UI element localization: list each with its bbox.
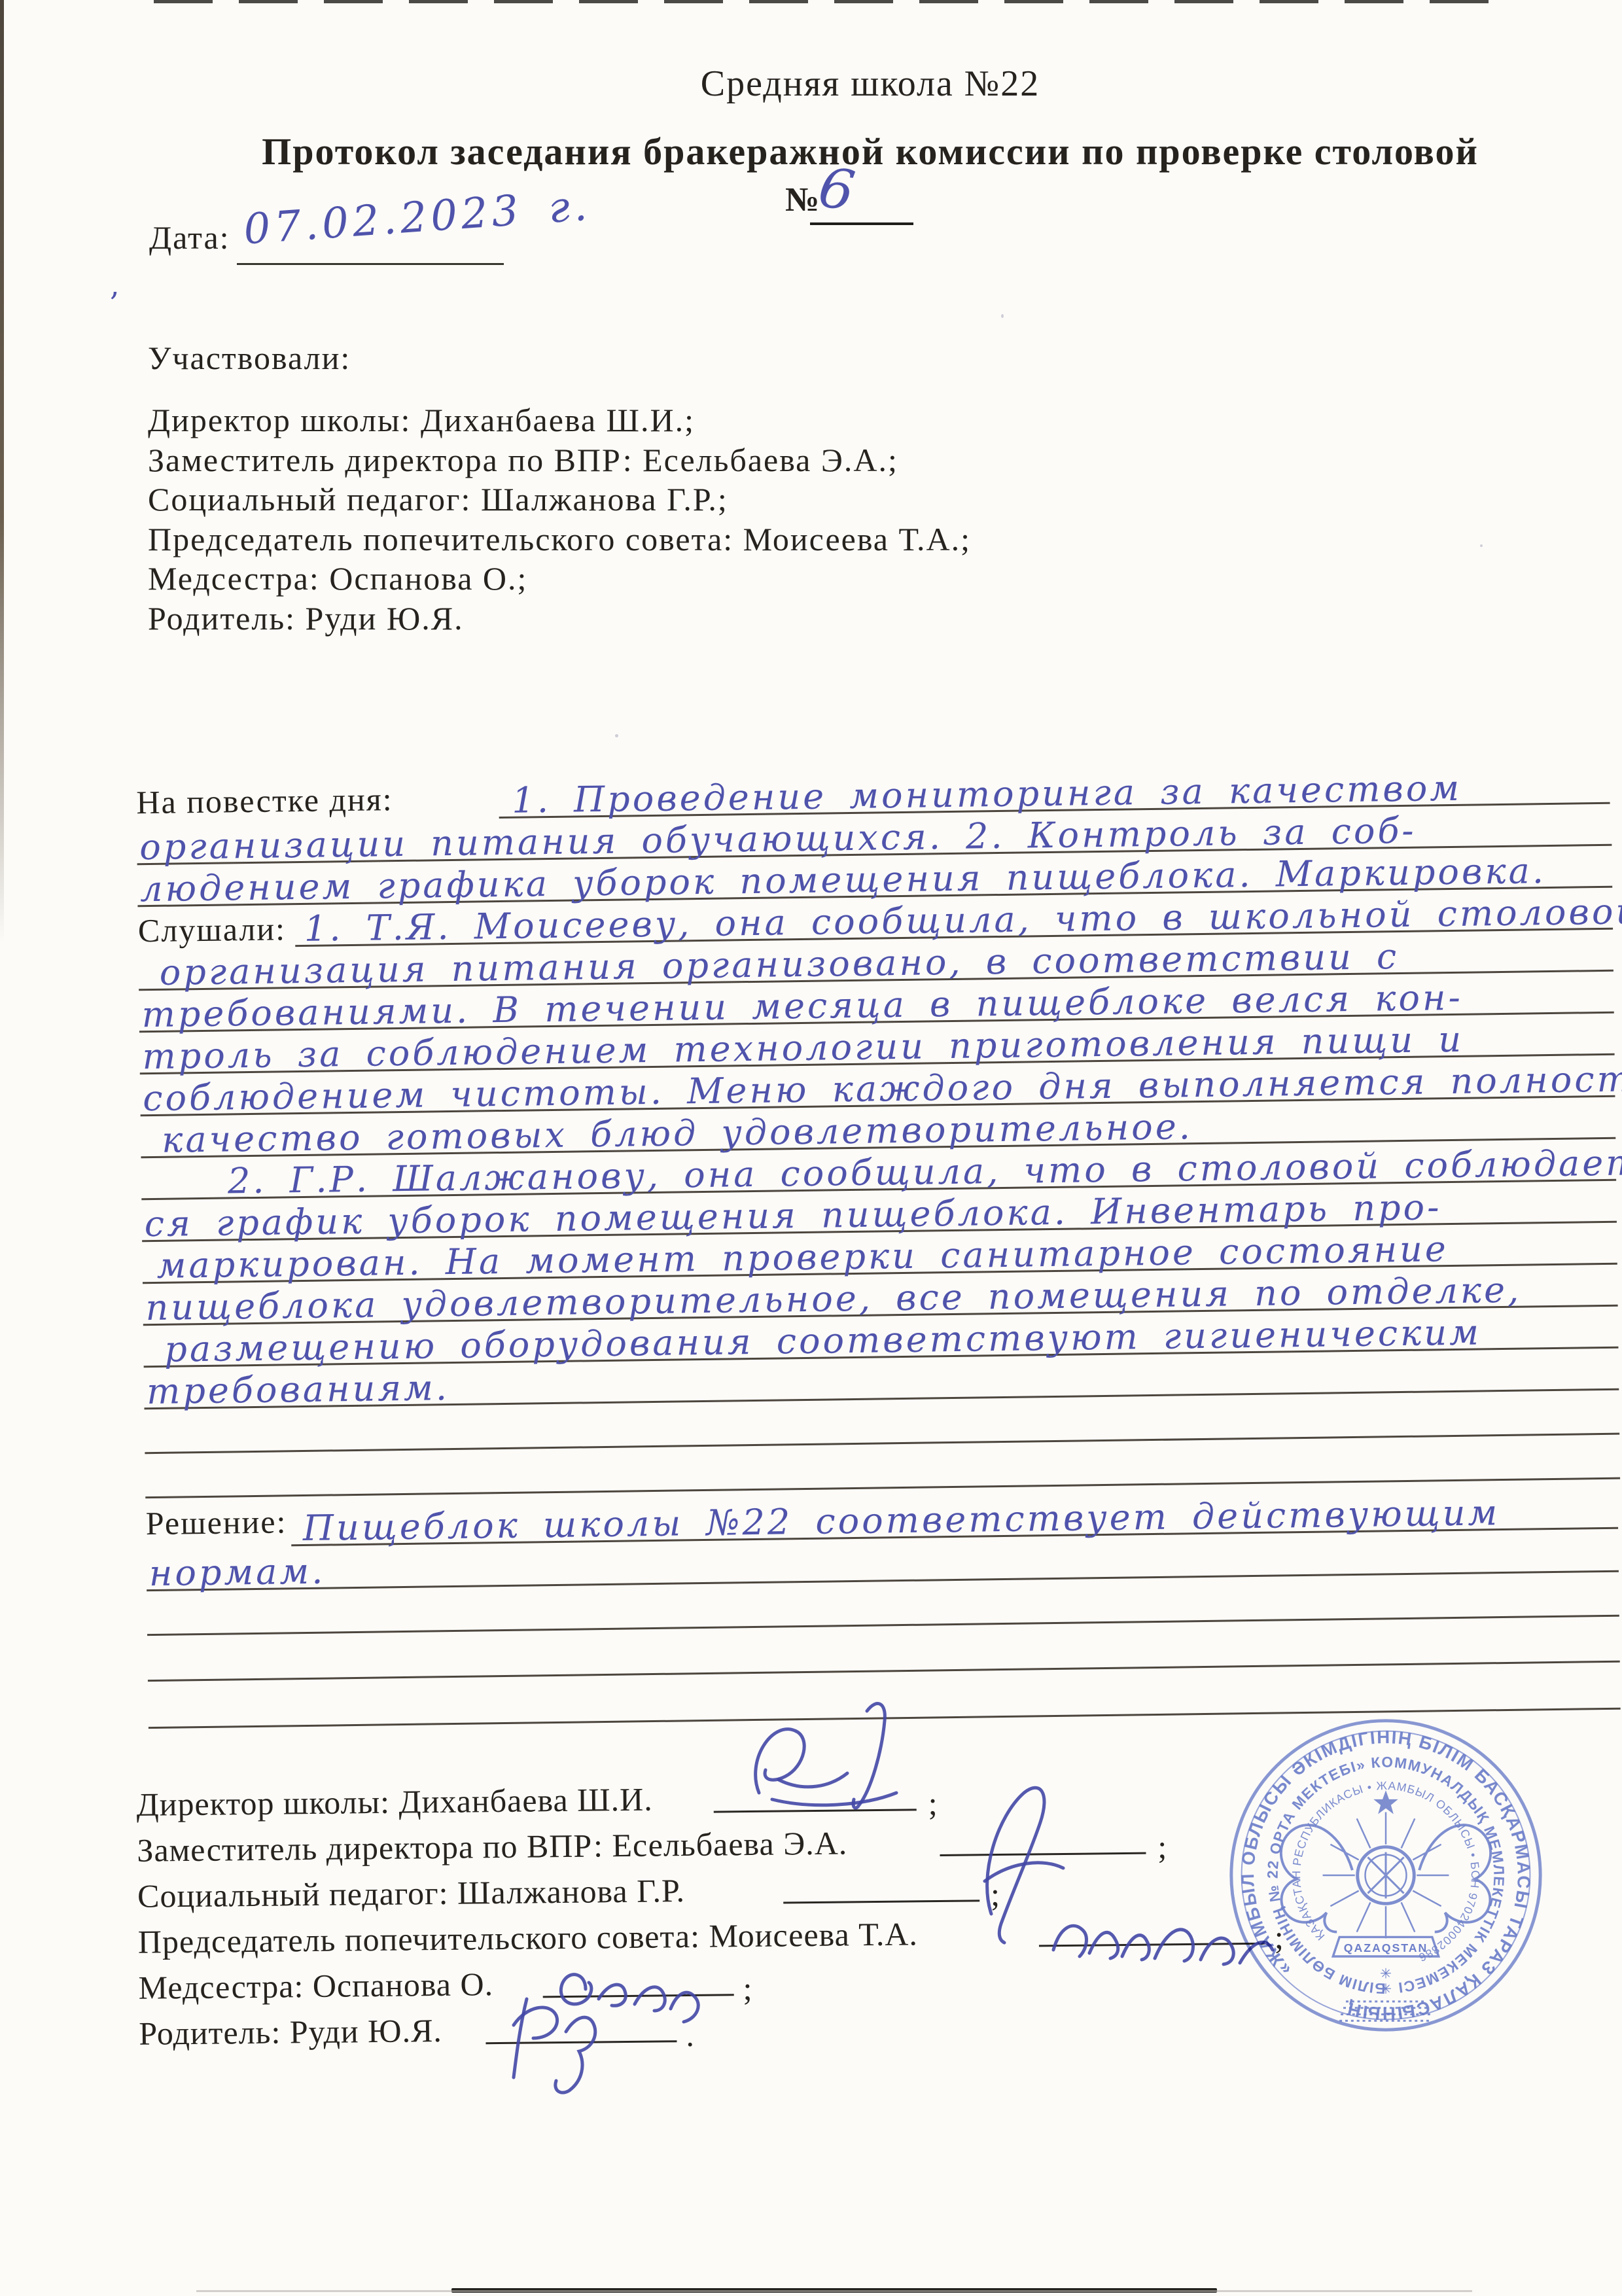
ruled-line-blank	[147, 1615, 1619, 1636]
stamp-banner-text: QAZAQSTAN	[1344, 1941, 1428, 1954]
participant-row: Председатель попечительского совета: Мои…	[148, 520, 971, 559]
ruled-line-blank	[145, 1433, 1619, 1455]
signature-punct: ;	[1157, 1828, 1167, 1865]
scan-artifact-bottom-shadow	[196, 2290, 1472, 2292]
ruled-line-blank	[148, 1661, 1620, 1682]
scan-speck	[1001, 314, 1004, 318]
heard-label: Слушали:	[138, 910, 287, 949]
school-name: Средняя школа №22	[118, 63, 1622, 105]
handwritten-heard-line: требованиям.	[147, 1367, 450, 1412]
participant-row: Заместитель директора по ВПР: Есельбаева…	[148, 440, 971, 480]
agenda-label: На повестке дня:	[136, 780, 393, 821]
scan-artifact-top-edge	[154, 0, 1489, 3]
participant-row: Директор школы: Диханбаева Ш.И.;	[148, 400, 971, 440]
official-round-stamp: «ЖАМБЫЛ ОБЛЫСЫ ӘКІМДІГІНІҢ БІЛІМ БАСҚАРМ…	[1225, 1714, 1547, 2036]
participant-row: Медсестра: Оспанова О.;	[148, 559, 971, 599]
director-signature	[733, 1695, 929, 1832]
signature-row-label: Родитель: Руди Ю.Я.	[139, 2011, 442, 2053]
handwritten-decision-line: Пищеблок школы №22 соответствует действу…	[302, 1492, 1500, 1549]
scanned-document-page: Средняя школа №22 Протокол заседания бра…	[0, 0, 1622, 2296]
signature-row-label: Директор школы: Диханбаева Ш.И.	[136, 1780, 653, 1824]
signature-punct: ;	[743, 1969, 752, 2007]
signature-row-label: Председатель попечительского совета: Мои…	[138, 1915, 919, 1960]
signature-row-label: Медсестра: Оспанова О.	[138, 1965, 493, 2007]
decision-label: Решение:	[145, 1502, 287, 1542]
participants-list: Директор школы: Диханбаева Ш.И.; Замести…	[148, 400, 971, 638]
participant-row: Родитель: Руди Ю.Я.	[148, 599, 971, 639]
stray-ink-mark: ,	[110, 267, 121, 302]
date-label: Дата:	[149, 219, 230, 256]
handwritten-decision-line: нормам.	[149, 1551, 325, 1595]
number-underline	[810, 222, 913, 225]
document-title: Протокол заседания бракеражной комиссии …	[118, 130, 1622, 173]
parent-signature	[487, 1986, 644, 2097]
scan-speck	[1480, 544, 1483, 547]
participant-row: Социальный педагог: Шалжанова Г.Р.;	[148, 480, 971, 520]
scan-speck	[615, 734, 618, 737]
signature-row-label: Социальный педагог: Шалжанова Г.Р.	[137, 1871, 685, 1915]
ruled-handwriting-area: На повестке дня: 1. Проведение мониторин…	[0, 764, 1622, 1780]
stamp-ornament-star: ✳	[1380, 1966, 1392, 1981]
stamp-ornament-star: ✳	[1380, 1981, 1392, 1997]
participants-heading: Участвовали:	[148, 339, 351, 377]
handwritten-date: 07.02.2023 г.	[242, 182, 592, 255]
date-underline	[237, 263, 504, 265]
ruled-line	[147, 1570, 1619, 1591]
signature-punct: ;	[928, 1784, 938, 1822]
signature-underline	[783, 1899, 979, 1903]
